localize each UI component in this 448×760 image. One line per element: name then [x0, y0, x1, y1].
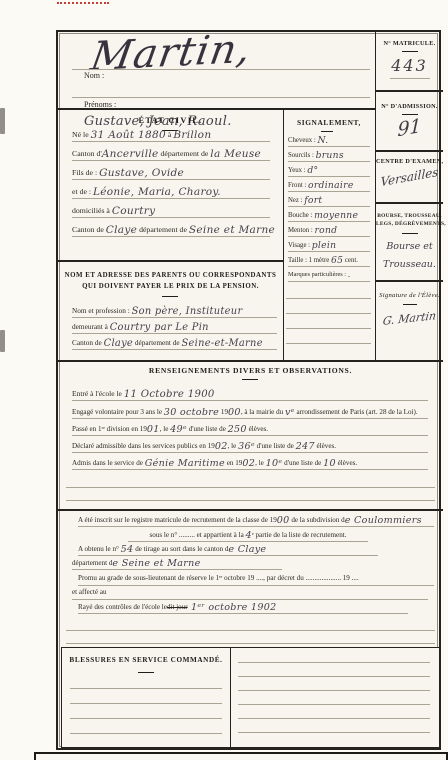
printed-text: Visage : — [288, 242, 312, 249]
printed-text: cent. — [343, 257, 358, 264]
printed-text: Nez : — [288, 197, 304, 204]
handwritten-text: Ancerville — [102, 148, 159, 160]
handwritten-text: 10ᵉ — [266, 458, 283, 469]
printed-text: sous le n° ......... et appartient à la — [149, 531, 245, 539]
student-signature: G. Martin — [375, 308, 443, 328]
form-line: Nom et profession : Son père, Instituteu… — [72, 304, 277, 318]
printed-text: ᵉ partie de la liste de recrutement. — [252, 531, 347, 539]
form-line: Canton d'Ancerville département de la Me… — [72, 147, 270, 161]
nom-field: Nom : — [72, 56, 370, 70]
ruled-line — [70, 703, 222, 704]
handwritten-text: rond — [314, 225, 337, 236]
form-line: Admis dans le service de Génie Maritime … — [72, 456, 428, 470]
signalement-title: SIGNALEMENT, — [283, 118, 375, 127]
printed-text: A obtenu le n° — [78, 545, 121, 553]
printed-text: de tirage au sort dans le canton d — [133, 545, 228, 553]
column-divider — [230, 648, 231, 749]
renseignements-title: RENSEIGNEMENTS DIVERS ET OBSERVATIONS. — [58, 366, 443, 375]
ruled-line — [286, 298, 371, 299]
printed-text: Canton de — [72, 338, 104, 347]
section-divider — [58, 260, 283, 262]
printed-text: , le — [255, 459, 265, 467]
scanned-record-page: Martin, Nom : Prénoms : Gustave, Jean, R… — [0, 0, 448, 760]
ruled-line — [286, 313, 371, 314]
handwritten-text: la Meuse — [210, 148, 261, 160]
handwritten-text: 02 — [242, 458, 255, 469]
bourse-box: BOURSE, TROUSSEAU, LEGS, DÉGRÈVEMENTS, E… — [376, 204, 443, 282]
dash-rule — [242, 379, 258, 380]
printed-text: , à la mairie du — [241, 408, 285, 416]
ruled-line — [286, 328, 371, 329]
dash-rule — [402, 51, 418, 52]
handwritten-text: 30 octobre — [164, 407, 219, 418]
printed-text: Passé en 1ʳᵉ division en 19 — [72, 425, 147, 433]
handwritten-text: e Coulommiers — [345, 515, 422, 526]
handwritten-text: N. — [317, 135, 328, 146]
form-line: Fils de : Gustave, Ovide — [72, 166, 270, 180]
etat-civil-title: ÉTAT CIVIL. — [58, 116, 283, 125]
handwritten-text: 31 Août 1880 — [91, 129, 166, 141]
handwritten-text: e Claye — [228, 544, 266, 555]
handwritten-text: ordinaire — [308, 180, 354, 191]
printed-text: Menton : — [288, 227, 314, 234]
signalement-row: Taille : 1 mètre 65 cent. — [288, 253, 370, 267]
printed-text: domiciliés à — [72, 206, 112, 215]
dash-rule — [138, 672, 154, 673]
handwritten-text: Gustave, Ovide — [99, 167, 184, 179]
printed-text: Cheveux : — [288, 137, 317, 144]
printed-text: Marques particulières : — [288, 271, 348, 278]
signalement-row: Nez : fort — [288, 193, 370, 207]
ruled-line — [238, 732, 430, 733]
handwritten-text: 00 — [277, 515, 290, 526]
scan-artifact — [0, 108, 5, 134]
signalement-row: Visage : plein — [288, 238, 370, 252]
form-line: Déclaré admissible dans les services pub… — [72, 439, 428, 453]
record-card: Martin, Nom : Prénoms : Gustave, Jean, R… — [56, 30, 441, 750]
signalement-row: Sourcils : bruns — [288, 148, 370, 162]
bottom-card-edge — [34, 752, 448, 760]
handwritten-text: Claye — [104, 338, 133, 349]
printed-text: d'une liste de — [282, 459, 323, 467]
printed-text: , le — [228, 442, 238, 450]
printed-text: département de — [133, 338, 181, 347]
printed-text: en 19 — [225, 459, 242, 467]
printed-text: Sourcils : — [288, 152, 316, 159]
handwritten-text: bruns — [316, 150, 344, 161]
printed-text: Taille : 1 mètre — [288, 257, 331, 264]
blessures-title: BLESSURES EN SERVICE COMMANDÉ. — [62, 656, 230, 664]
ruled-line — [70, 733, 222, 734]
printed-text: demeurant à — [72, 322, 110, 331]
ruled-line — [66, 500, 435, 501]
form-line: Promu au grade de sous-lieutenant de rés… — [78, 572, 434, 586]
nom-handwritten-name: Martin, — [88, 26, 255, 80]
handwritten-text: 01 — [147, 424, 160, 435]
handwritten-text: Génie Maritime — [145, 458, 225, 469]
handwritten-text: 247 — [296, 441, 315, 452]
handwritten-text: . — [348, 270, 351, 280]
blessures-box: BLESSURES EN SERVICE COMMANDÉ. — [61, 647, 440, 748]
handwritten-text: 00 — [228, 407, 241, 418]
ruled-line — [66, 630, 435, 631]
handwritten-text: Brillon — [173, 129, 211, 141]
printed-text: Entré à l'école le — [72, 389, 124, 398]
admission-value: 91 — [376, 111, 443, 145]
printed-text: et de : — [72, 187, 93, 196]
ruled-line — [238, 704, 430, 705]
dash-rule — [162, 296, 178, 297]
printed-text: A été inscrit sur le registre matricule … — [78, 516, 277, 524]
printed-text: département d — [72, 559, 112, 567]
signature-box: Signature de l'Élève. G. Martin — [376, 282, 443, 360]
printed-text: et affecté au — [72, 588, 108, 596]
ruled-line — [238, 718, 430, 719]
matricule-box: N° MATRICULE. 443 — [376, 32, 443, 92]
exam-centre-value: Versailles — [376, 164, 442, 190]
handwritten-text: 10 — [323, 458, 336, 469]
handwritten-text: Courtry — [110, 322, 151, 333]
matricule-value: 443 — [376, 56, 443, 75]
printed-text: Engagé volontaire pour 3 ans le — [72, 408, 164, 416]
form-line: Passé en 1ʳᵉ division en 1901, le 49ᵉ d'… — [72, 422, 428, 436]
handwritten-text: e Seine et Marne — [112, 558, 200, 569]
scan-artifact — [0, 330, 5, 352]
handwritten-text: 4 — [246, 530, 252, 541]
ruled-line — [70, 688, 222, 689]
column-divider — [283, 108, 284, 360]
signalement-row: Yeux : d° — [288, 163, 370, 177]
matricule-label: N° MATRICULE. — [376, 40, 443, 47]
red-dotted-marker — [57, 2, 109, 4]
ruled-line — [66, 487, 435, 488]
signalement-row: Menton : rond — [288, 223, 370, 237]
handwritten-text: fort — [304, 195, 322, 206]
printed-text: élèves. — [315, 442, 336, 450]
ruled-line — [238, 662, 430, 663]
handwritten-text: Seine-et-Marne — [181, 338, 262, 349]
signalement-row: Bouche : moyenne — [288, 208, 370, 222]
printed-text: Rayé des contrôles de l'école le — [78, 603, 167, 611]
printed-text: Yeux : — [288, 167, 307, 174]
handwritten-text: 49ᵉ — [170, 424, 187, 435]
handwritten-text: Claye — [106, 224, 137, 236]
form-line: Canton de Claye département de Seine-et-… — [72, 336, 277, 350]
form-line: A été inscrit sur le registre matricule … — [78, 513, 434, 527]
form-line: sous le n° ......... et appartient à la … — [128, 528, 368, 542]
bourse-value-line1: Bourse et — [376, 241, 443, 252]
form-line: Entré à l'école le 11 Octobre 1900 — [72, 387, 428, 401]
handwritten-text: vᵉ — [285, 407, 295, 418]
prenoms-field: Prénoms : Gustave, Jean, Raoul. — [72, 81, 370, 98]
printed-text: Canton d' — [72, 149, 102, 158]
ruled-line — [66, 643, 435, 644]
printed-text: Front : — [288, 182, 308, 189]
signature-label: Signature de l'Élève. — [376, 292, 443, 299]
nom-field-label: Nom : — [84, 71, 104, 80]
printed-text: élèves. — [336, 459, 357, 467]
handwritten-text: 250 — [228, 424, 247, 435]
printed-text: Admis dans le service de — [72, 459, 145, 467]
printed-text: , le — [160, 425, 170, 433]
ruled-line — [286, 343, 371, 344]
printed-text: département de — [159, 149, 211, 158]
bourse-label-line2: LEGS, DÉGRÈVEMENTS, ETC. — [376, 221, 443, 227]
printed-text: 19 — [219, 408, 228, 416]
parents-title-line1: NOM ET ADRESSE DES PARENTS OU CORRESPOND… — [58, 272, 283, 279]
handwritten-text: 65 — [331, 255, 343, 266]
ruled-line — [238, 690, 430, 691]
ruled-line — [390, 78, 430, 79]
form-line: et affecté au — [72, 586, 428, 600]
printed-text: de la subdivision d — [290, 516, 345, 524]
printed-text: Nom et profession : — [72, 306, 132, 315]
handwritten-text: 11 Octobre 1900 — [124, 389, 215, 400]
signalement-row: Cheveux : N. — [288, 133, 370, 147]
printed-text: élèves. — [247, 425, 268, 433]
form-line: domiciliés à Courtry — [72, 204, 270, 218]
printed-text: d'une liste de — [255, 442, 296, 450]
dash-rule — [321, 131, 333, 132]
form-line: Engagé volontaire pour 3 ans le 30 octob… — [72, 405, 428, 419]
bourse-value-line2: Trousseau. — [376, 259, 443, 270]
printed-text: Canton de — [72, 225, 106, 234]
handwritten-text: 1ᵉʳ octobre 1902 — [188, 602, 277, 613]
handwritten-text: Seine et Marne — [189, 224, 275, 236]
section-divider — [58, 360, 443, 362]
printed-text: Promu au grade de sous-lieutenant de rés… — [78, 574, 359, 582]
section-divider — [58, 509, 443, 511]
exam-centre-box: CENTRE D'EXAMEN, Versailles — [376, 152, 443, 204]
admission-box: N° D'ADMISSION. 91 — [376, 92, 443, 152]
admission-label: N° D'ADMISSION. — [376, 103, 443, 110]
signalement-row: Front : ordinaire — [288, 178, 370, 192]
printed-text: département de — [137, 225, 189, 234]
printed-text: dit jour — [167, 603, 188, 611]
handwritten-text: Léonie, Maria, Charoy. — [93, 186, 221, 198]
signalement-row: Marques particulières : . — [288, 268, 370, 282]
printed-text: arrondissement de Paris (art. 28 de la L… — [295, 408, 418, 416]
exam-centre-label: CENTRE D'EXAMEN, — [376, 158, 443, 165]
handwritten-text: d° — [307, 165, 318, 176]
handwritten-text: par Le Pin — [154, 322, 209, 333]
handwritten-text: 36ᵉ — [238, 441, 255, 452]
printed-text: Bouche : — [288, 212, 314, 219]
form-line: Né le 31 Août 1880 à Brillon — [72, 128, 270, 142]
printed-text: Fils de : — [72, 168, 99, 177]
parents-title-line2: QUI DOIVENT PAYER LE PRIX DE LA PENSION. — [58, 283, 283, 290]
form-line: demeurant à Courtry par Le Pin — [72, 320, 277, 334]
form-line: Rayé des contrôles de l'école ledit jour… — [78, 600, 408, 614]
handwritten-text: moyenne — [314, 210, 358, 221]
ruled-line — [238, 676, 430, 677]
handwritten-text: 02 — [215, 441, 228, 452]
form-line: et de : Léonie, Maria, Charoy. — [72, 185, 270, 199]
ruled-line — [70, 718, 222, 719]
dash-rule — [402, 233, 418, 234]
handwritten-text: Son père, Instituteur — [132, 306, 243, 317]
form-line: Canton de Claye département de Seine et … — [72, 223, 270, 237]
admin-column: N° MATRICULE. 443 N° D'ADMISSION. 91 CEN… — [375, 32, 443, 360]
printed-text: Déclaré admissible dans les services pub… — [72, 442, 215, 450]
dash-rule — [403, 304, 417, 305]
bourse-label-line1: BOURSE, TROUSSEAU, — [376, 213, 443, 219]
form-line: département de Seine et Marne — [72, 556, 282, 570]
section-divider — [58, 108, 375, 110]
handwritten-text: 54 — [121, 544, 134, 555]
handwritten-text: Courtry — [112, 205, 155, 217]
handwritten-text: plein — [312, 240, 337, 251]
form-line: A obtenu le n° 54 de tirage au sort dans… — [78, 542, 378, 556]
printed-text: Né le — [72, 130, 91, 139]
printed-text: d'une liste de — [187, 425, 228, 433]
